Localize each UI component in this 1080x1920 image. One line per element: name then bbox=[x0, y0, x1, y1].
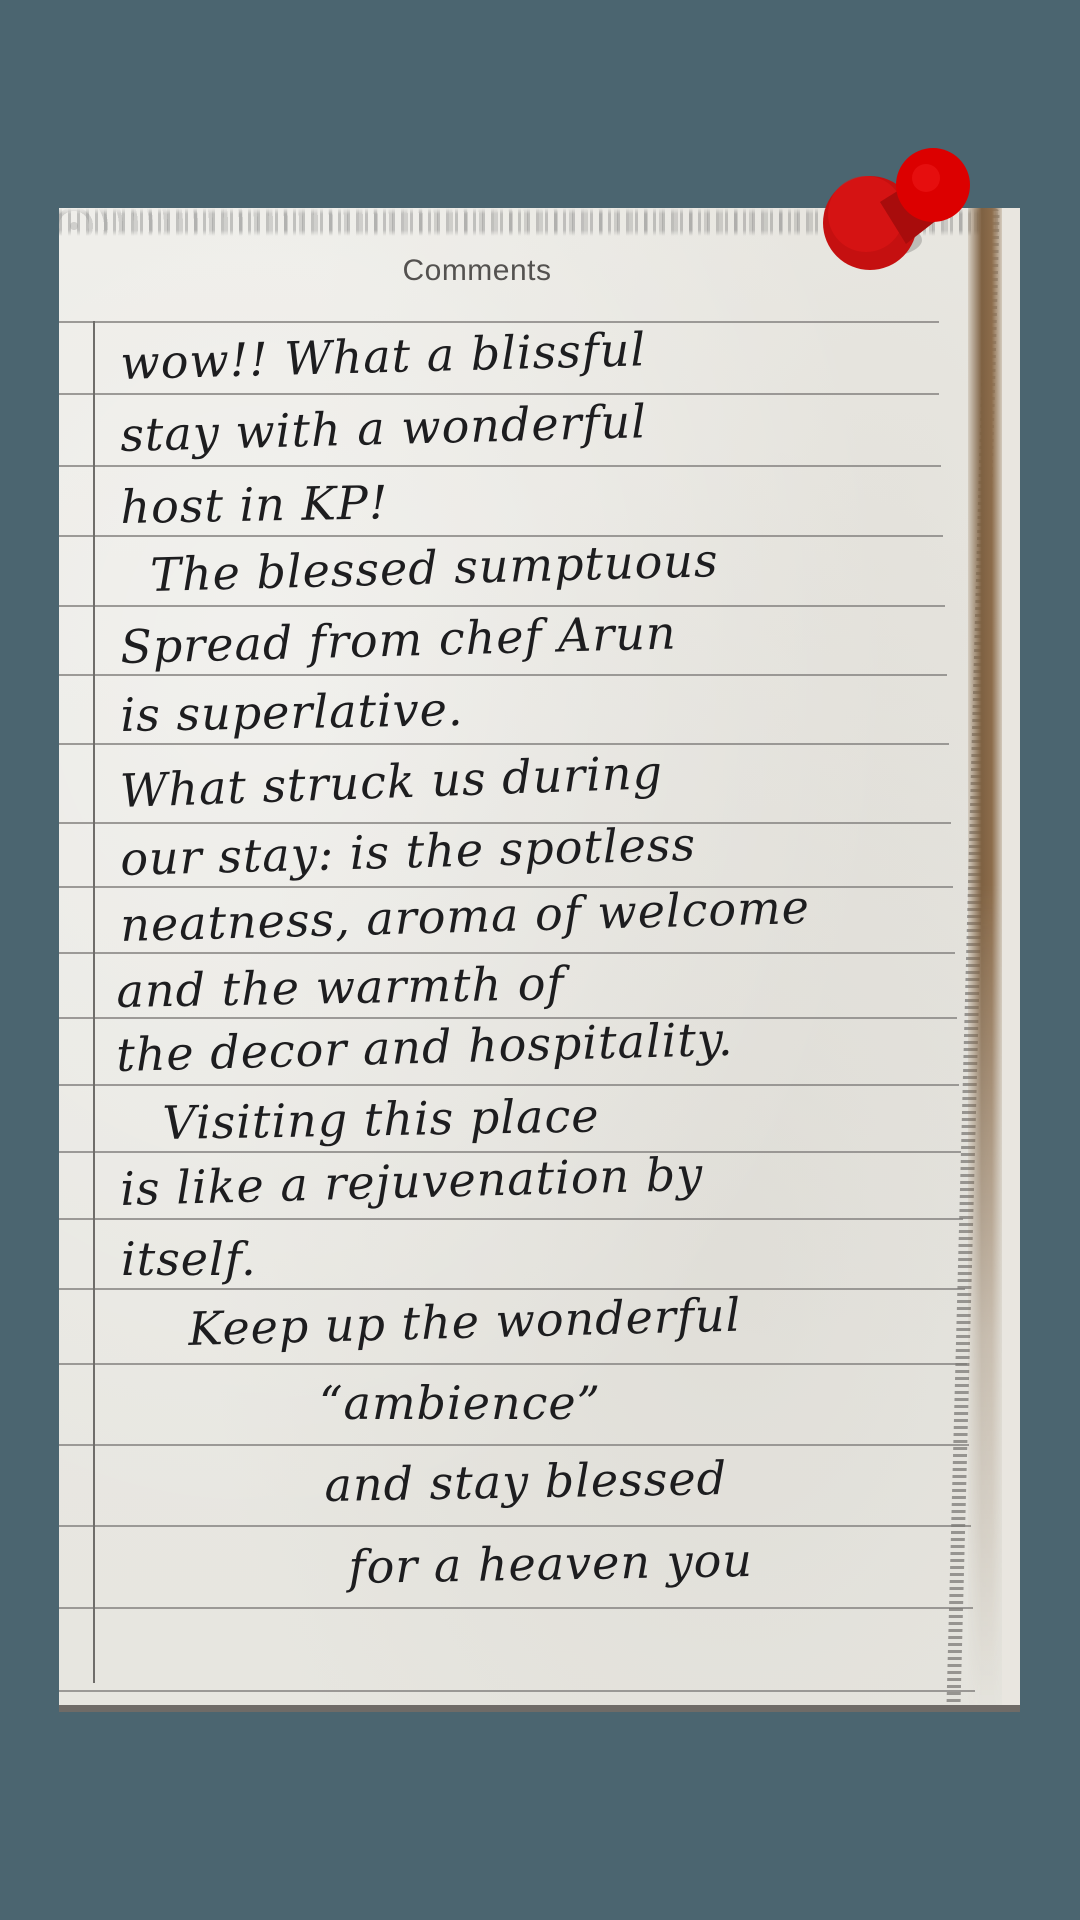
note-line: and the warmth of bbox=[116, 956, 565, 1018]
note-line: Visiting this place bbox=[162, 1088, 600, 1150]
note-line: neatness, aroma of welcome bbox=[120, 880, 811, 952]
note-line: the decor and hospitality. bbox=[116, 1012, 734, 1082]
guestbook-page: Comments wow!! What a blissful stay with… bbox=[59, 208, 1020, 1712]
note-line: host in KP! bbox=[120, 475, 389, 534]
note-line: is like a rejuvenation by bbox=[120, 1147, 704, 1216]
note-line: is superlative. bbox=[120, 682, 464, 742]
note-line: Keep up the wonderful bbox=[188, 1288, 742, 1356]
pushpin-icon bbox=[818, 144, 978, 276]
note-line: “ambience” bbox=[319, 1376, 601, 1430]
note-line: What struck us during bbox=[119, 745, 664, 818]
note-line: for a heaven you bbox=[348, 1533, 753, 1594]
note-line: itself. bbox=[121, 1232, 257, 1286]
note-line: The blessed sumptuous bbox=[150, 533, 720, 602]
note-line: wow!! What a blissful bbox=[120, 322, 647, 390]
note-line: stay with a wonderful bbox=[120, 394, 648, 462]
note-line: Spread from chef Arun bbox=[120, 605, 678, 674]
handwritten-note: wow!! What a blissful stay with a wonder… bbox=[59, 208, 1020, 1712]
note-line: our stay: is the spotless bbox=[120, 817, 697, 886]
note-line: and stay blessed bbox=[324, 1451, 727, 1512]
